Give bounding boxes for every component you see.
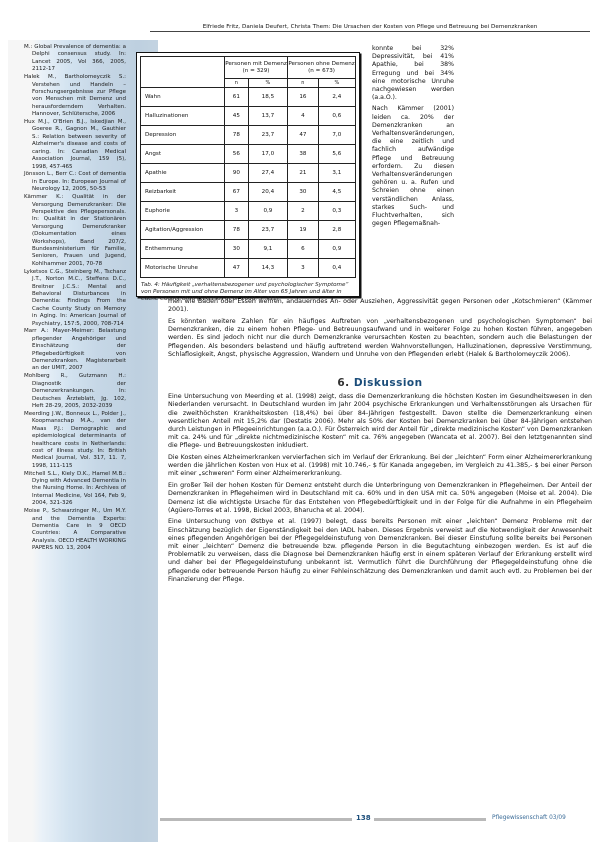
table-row: Motorische Unruhe 47 14,3 3 0,4: [141, 259, 356, 278]
table-row: Apathie 90 27,4 21 3,1: [141, 164, 356, 183]
cell-pct-without: 0,6: [318, 107, 355, 126]
cell-pct-with: 20,4: [248, 183, 287, 202]
cell-n-with: 56: [225, 145, 249, 164]
reference-item: Moise P., Schwarzinger M., Um M.Y. and t…: [24, 508, 126, 552]
cell-n-with: 67: [225, 183, 249, 202]
paragraph: konnte bei 32% Depressivität, bei 41% Ap…: [372, 45, 454, 102]
symptom-label: Wahn: [141, 88, 225, 107]
paragraph: Nach Kämmer (2001) leiden ca. 20% der De…: [372, 105, 454, 228]
cell-pct-with: 9,1: [248, 240, 287, 259]
reference-item: Marr A.: Mayer-Meimer: Belastung pflegen…: [24, 328, 126, 372]
paragraph: Eine Untersuchung von Østbye et al. (199…: [168, 518, 592, 584]
symptoms-table: Personen mit Demenz (n = 329) Personen o…: [140, 56, 356, 278]
table-row: Enthemmung 30 9,1 6 0,9: [141, 240, 356, 259]
reference-item: Halek M., Bartholomeyczik S.: Verstehen …: [24, 74, 126, 118]
paragraph: Es könnten weitere Zahlen für ein häufig…: [168, 318, 592, 359]
cell-pct-without: 0,3: [318, 202, 355, 221]
symptom-label: Apathie: [141, 164, 225, 183]
reference-item: Hux M.J., O'Brien B.J., Iskedjian M., Go…: [24, 119, 126, 171]
cell-pct-without: 0,4: [318, 259, 355, 278]
section-number: 6.: [337, 377, 349, 389]
cell-n-without: 21: [288, 164, 319, 183]
main-body-text: men wie Baden oder Essen wehren, andauer…: [168, 298, 592, 588]
cell-pct-without: 0,9: [318, 240, 355, 259]
table-row: Halluzinationen 45 13,7 4 0,6: [141, 107, 356, 126]
symptom-label: Motorische Unruhe: [141, 259, 225, 278]
page-footer: 138 Pflegewissenschaft 03/09: [160, 814, 590, 824]
cell-n-with: 78: [225, 126, 249, 145]
header-without-dementia-label: Personen ohne Demenz: [288, 61, 354, 67]
symptom-label: Angst: [141, 145, 225, 164]
table-row: Angst 56 17,0 38 5,6: [141, 145, 356, 164]
section-heading: 6. Diskussion: [168, 379, 592, 387]
cell-pct-without: 7,0: [318, 126, 355, 145]
cell-pct-without: 2,4: [318, 88, 355, 107]
cell-n-with: 61: [225, 88, 249, 107]
header-with-dementia: Personen mit Demenz (n = 329): [225, 57, 288, 79]
subheader-n: n: [225, 79, 249, 88]
symptom-label: Enthemmung: [141, 240, 225, 259]
cell-n-with: 45: [225, 107, 249, 126]
running-head: Elfriede Fritz, Daniela Deufert, Christa…: [150, 24, 590, 32]
table-row: Euphorie 3 0,9 2 0,3: [141, 202, 356, 221]
page-number: 138: [356, 814, 371, 822]
right-column-text: konnte bei 32% Depressivität, bei 41% Ap…: [372, 45, 454, 231]
symptom-label: Euphorie: [141, 202, 225, 221]
cell-pct-with: 23,7: [248, 221, 287, 240]
symptom-label: Depression: [141, 126, 225, 145]
cell-n-without: 2: [288, 202, 319, 221]
table-row: Depression 78 23,7 47 7,0: [141, 126, 356, 145]
subheader-n: n: [288, 79, 319, 88]
cell-n-without: 4: [288, 107, 319, 126]
cell-pct-without: 5,6: [318, 145, 355, 164]
reference-item: Jönsson L., Berr C.: Cost of dementia in…: [24, 171, 126, 193]
header-without-dementia: Personen ohne Demenz (n = 673): [288, 57, 356, 79]
subheader-pct: %: [318, 79, 355, 88]
cell-n-with: 78: [225, 221, 249, 240]
reference-item: Mitchell S.L., Kiely D.K., Hamel M.B.: D…: [24, 471, 126, 508]
header-with-dementia-label: Personen mit Demenz: [225, 61, 287, 67]
cell-pct-with: 27,4: [248, 164, 287, 183]
table-row: Wahn 61 18,5 16 2,4: [141, 88, 356, 107]
subheader-pct: %: [248, 79, 287, 88]
reference-item: Kämmer K.: Qualität in der Versorgung De…: [24, 194, 126, 268]
table-row: Agitation/Aggression 78 23,7 19 2,8: [141, 221, 356, 240]
cell-pct-with: 0,9: [248, 202, 287, 221]
cell-pct-with: 18,5: [248, 88, 287, 107]
paragraph-continuation: men wie Baden oder Essen wehren, andauer…: [168, 298, 592, 314]
footer-rule-right: [374, 818, 486, 821]
cell-n-without: 19: [288, 221, 319, 240]
cell-pct-with: 23,7: [248, 126, 287, 145]
header-with-dementia-n: (n = 329): [243, 68, 270, 74]
cell-pct-with: 14,3: [248, 259, 287, 278]
paragraph: Eine Untersuchung von Meerding et al. (1…: [168, 393, 592, 450]
symptom-label: Reizbarkeit: [141, 183, 225, 202]
section-title: Diskussion: [354, 377, 423, 389]
cell-pct-without: 4,5: [318, 183, 355, 202]
cell-n-without: 6: [288, 240, 319, 259]
table-row: Reizbarkeit 67 20,4 30 4,5: [141, 183, 356, 202]
cell-pct-with: 13,7: [248, 107, 287, 126]
symptom-label: Agitation/Aggression: [141, 221, 225, 240]
cell-n-with: 90: [225, 164, 249, 183]
cell-n-with: 47: [225, 259, 249, 278]
cell-n-without: 3: [288, 259, 319, 278]
cell-n-without: 16: [288, 88, 319, 107]
references-list: M.: Global Prevalence of dementia: a Del…: [24, 44, 126, 553]
header-without-dementia-n: (n = 673): [308, 68, 335, 74]
reference-item: Meerding J.W., Bonneux L., Polder J., Ko…: [24, 411, 126, 470]
paragraph: Ein großer Teil der hohen Kosten für Dem…: [168, 482, 592, 515]
cell-n-without: 30: [288, 183, 319, 202]
cell-pct-without: 2,8: [318, 221, 355, 240]
cell-n-with: 30: [225, 240, 249, 259]
cell-n-without: 47: [288, 126, 319, 145]
footer-rule-left: [160, 818, 352, 821]
table-header-row: Personen mit Demenz (n = 329) Personen o…: [141, 57, 356, 79]
journal-name: Pflegewissenschaft 03/09: [492, 815, 566, 821]
reference-item: M.: Global Prevalence of dementia: a Del…: [24, 44, 126, 74]
table-corner-cell: [141, 57, 225, 88]
paragraph: Die Kosten eines Alzheimerkranken vervie…: [168, 454, 592, 479]
cell-n-with: 3: [225, 202, 249, 221]
reference-item: Lyketsos C.G., Steinberg M., Tschanz J.T…: [24, 269, 126, 328]
cell-n-without: 38: [288, 145, 319, 164]
table-4-box: Personen mit Demenz (n = 329) Personen o…: [136, 52, 360, 297]
symptom-label: Halluzinationen: [141, 107, 225, 126]
cell-pct-without: 3,1: [318, 164, 355, 183]
cell-pct-with: 17,0: [248, 145, 287, 164]
reference-item: Mohlberg R., Gutzmann H.: Diagnostik der…: [24, 373, 126, 410]
